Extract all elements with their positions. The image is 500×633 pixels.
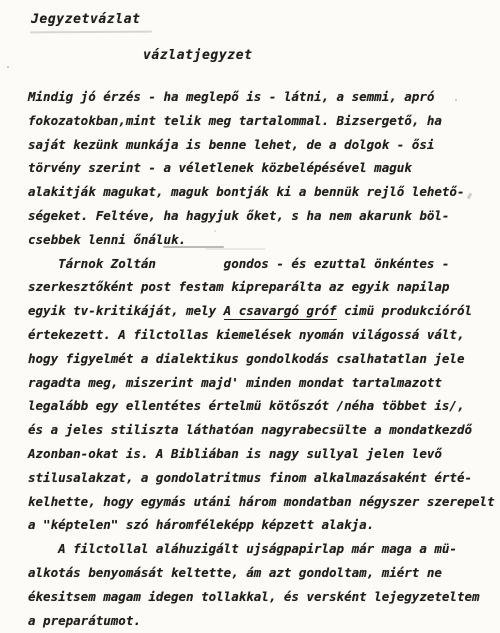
text-line: és a jeles stiliszta láthatóan nagyrabec…: [28, 418, 498, 442]
text-segment: törvény szerint - a véletlenek közbelépé…: [28, 160, 412, 175]
text-line: A filctollal aláhuzigált ujságpapirlap m…: [28, 537, 498, 561]
text-segment: saját kezünk munkája is benne lehet, de …: [28, 137, 434, 152]
text-segment: és a jeles stiliszta láthatóan nagyrabec…: [28, 422, 472, 437]
text-line: egyik tv-kritikáját, mely A csavargó gró…: [28, 299, 498, 323]
text-segment: alkotás benyomását keltette, ám azt gond…: [28, 565, 442, 580]
text-segment: egyik tv-kritikáját, mely: [28, 303, 224, 318]
document-subtitle: vázlatjegyzet: [143, 48, 253, 63]
text-line: stilusalakzat, a gondolatritmus finom al…: [28, 466, 498, 490]
text-segment: stilusalakzat, a gondolatritmus finom al…: [28, 470, 472, 485]
pencil-erasure-mark: [163, 246, 224, 248]
text-line: legalább egy ellentétes értelmü kötőszót…: [28, 394, 498, 418]
text-line: saját kezünk munkája is benne lehet, de …: [28, 133, 498, 157]
paper-speck: [455, 99, 457, 101]
text-segment: Azonban-okat is. A Bibliában is nagy sul…: [28, 446, 442, 461]
text-line: a preparátumot.: [28, 609, 498, 633]
text-segment: értekezett. A filctollas kiemelések nyom…: [28, 327, 465, 342]
paper-speck: [214, 230, 216, 232]
text-segment: a preparátumot.: [28, 613, 141, 628]
text-segment: a "képtelen" szó háromféleképp képzett a…: [28, 517, 374, 532]
text-line: csebbek lenni őnáluk.: [28, 228, 498, 252]
text-line: fokozatokban,mint telik meg tartalommal.…: [28, 109, 498, 133]
text-line: kelhette, hogy egymás utáni három mondat…: [28, 490, 498, 514]
text-line: törvény szerint - a véletlenek közbelépé…: [28, 156, 498, 180]
text-segment: ékesitsem magam idegen tollakkal, és ver…: [28, 589, 480, 604]
text-segment: Tárnok Zoltán gondos - és ezuttal önként…: [28, 256, 449, 271]
text-line: ékesitsem magam idegen tollakkal, és ver…: [28, 585, 498, 609]
text-segment: cimü produkcióról: [337, 303, 472, 318]
text-segment: A filctollal aláhuzigált ujságpapirlap m…: [28, 541, 457, 556]
text-segment: Mindig jó érzés - ha meglepő is - látni,…: [28, 89, 434, 104]
text-line: ségeket. Feltéve, ha hagyjuk őket, s ha …: [28, 204, 498, 228]
text-line: hogy figyelmét a dialektikus gondolkodás…: [28, 347, 498, 371]
text-segment: legalább egy ellentétes értelmü kötőszót…: [28, 398, 465, 413]
text-segment: alakitják magukat, maguk bontják ki a be…: [28, 184, 465, 199]
document-title: Jegyzetvázlat: [31, 12, 141, 27]
underlined-work-title: A csavargó gróf: [224, 303, 337, 320]
text-line: ragadta meg, miszerint majd' minden mond…: [28, 371, 498, 395]
text-line: Mindig jó érzés - ha meglepő is - látni,…: [28, 85, 498, 109]
text-line: a "képtelen" szó háromféleképp képzett a…: [28, 513, 498, 537]
text-line: szerkesztőként post festam kipreparálta …: [28, 275, 498, 299]
text-segment: csebbek lenni őnáluk.: [28, 232, 186, 247]
text-segment: szerkesztőként post festam kipreparálta …: [28, 279, 449, 294]
text-segment: hogy figyelmét a dialektikus gondolkodás…: [28, 351, 465, 366]
text-line: Azonban-okat is. A Bibliában is nagy sul…: [28, 442, 498, 466]
text-line: alakitják magukat, maguk bontják ki a be…: [28, 180, 498, 204]
text-line: alkotás benyomását keltette, ám azt gond…: [28, 561, 498, 585]
text-segment: kelhette, hogy egymás utáni három mondat…: [28, 494, 495, 509]
document-lines: Mindig jó érzés - ha meglepő is - látni,…: [28, 85, 498, 632]
text-segment: ségeket. Feltéve, ha hagyjuk őket, s ha …: [28, 208, 449, 223]
pencil-underline-mark: [30, 31, 152, 34]
text-line: értekezett. A filctollas kiemelések nyom…: [28, 323, 498, 347]
typewritten-page: Jegyzetvázlat vázlatjegyzet Mindig jó ér…: [0, 0, 500, 633]
text-line: Tárnok Zoltán gondos - és ezuttal önként…: [28, 252, 498, 276]
paper-speck: [7, 66, 9, 68]
text-segment: ragadta meg, miszerint majd' minden mond…: [28, 375, 442, 390]
text-segment: fokozatokban,mint telik meg tartalommal.…: [28, 113, 442, 128]
